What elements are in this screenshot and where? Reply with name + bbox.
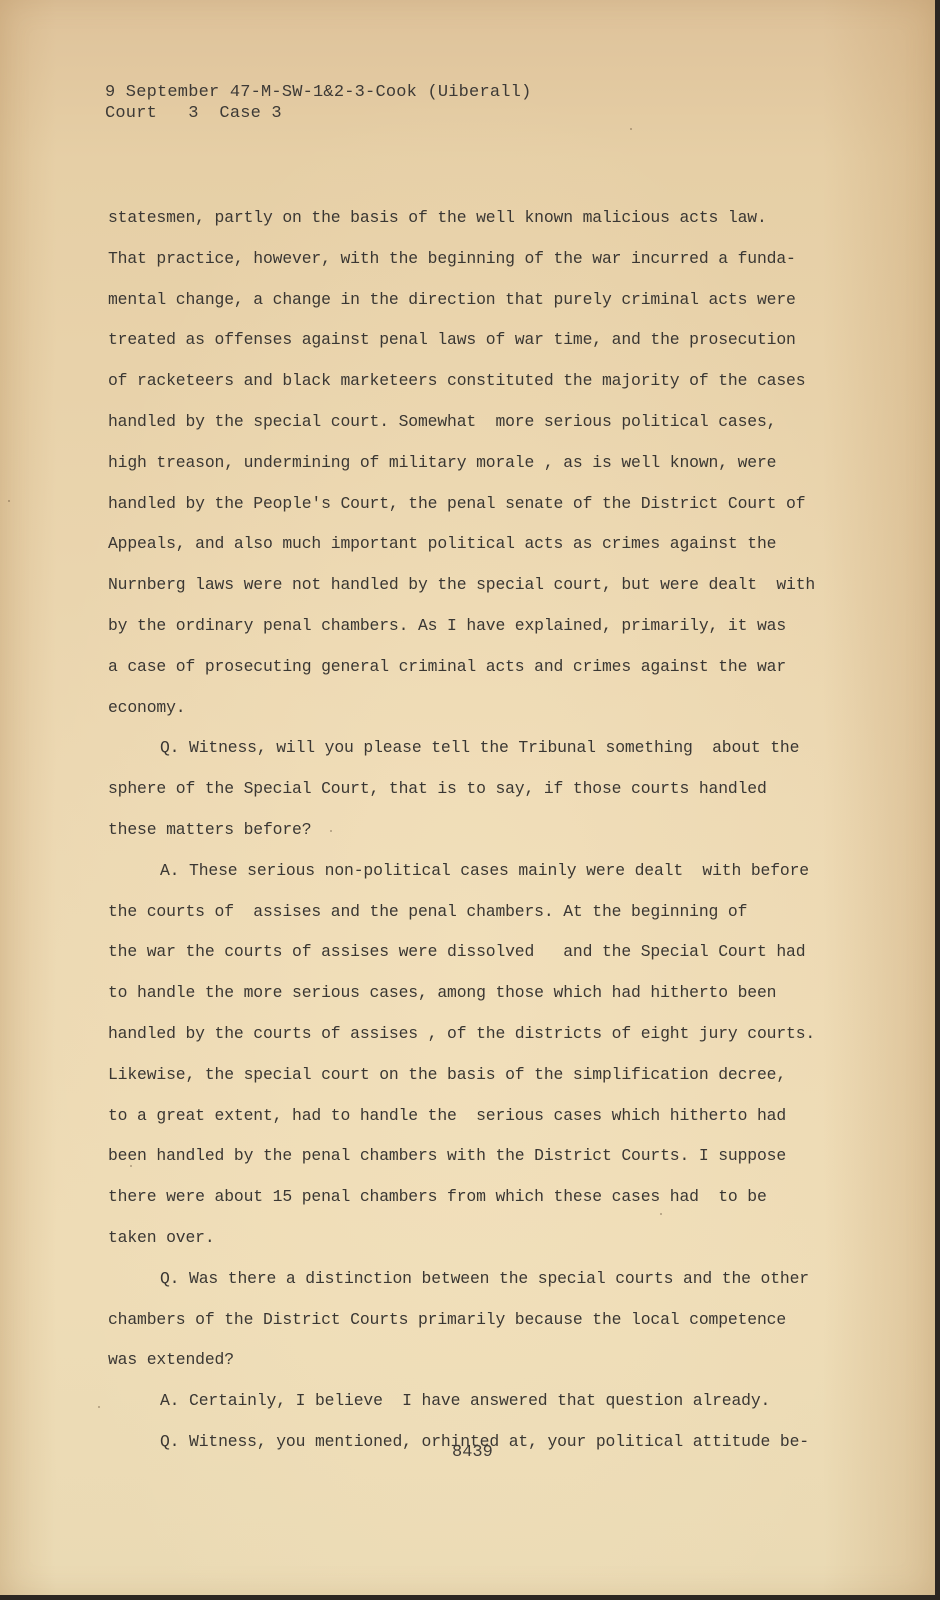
question-line: Q. Witness, will you please tell the Tri… [108,728,868,769]
transcript-line: the courts of assises and the penal cham… [108,892,868,933]
paper-speck [98,1406,100,1408]
transcript-line: handled by the People's Court, the penal… [108,484,868,525]
transcript-line: sphere of the Special Court, that is to … [108,769,868,810]
transcript-line: economy. [108,688,868,729]
transcript-line: mental change, a change in the direction… [108,280,868,321]
transcript-line: to handle the more serious cases, among … [108,973,868,1014]
transcript-line: the war the courts of assises were disso… [108,932,868,973]
transcript-line: Appeals, and also much important politic… [108,524,868,565]
transcript-line: handled by the special court. Somewhat m… [108,402,868,443]
header-court-case: Court 3 Case 3 [105,103,531,124]
answer-line: A. These serious non-political cases mai… [108,851,868,892]
paper-speck [660,1213,662,1215]
answer-line: A. Certainly, I believe I have answered … [108,1381,868,1422]
transcript-line: of racketeers and black marketeers const… [108,361,868,402]
transcript-line: been handled by the penal chambers with … [108,1136,868,1177]
paper-speck [330,830,332,832]
paper-speck [630,128,632,130]
document-header: 9 September 47-M-SW-1&2-3-Cook (Uiberall… [105,82,531,124]
transcript-line: was extended? [108,1340,868,1381]
transcript-line: chambers of the District Courts primaril… [108,1300,868,1341]
paper-speck [130,1165,132,1167]
transcript-body: statesmen, partly on the basis of the we… [108,198,868,1463]
transcript-line: That practice, however, with the beginni… [108,239,868,280]
transcript-line: high treason, undermining of military mo… [108,443,868,484]
transcript-line: treated as offenses against penal laws o… [108,320,868,361]
transcript-line: taken over. [108,1218,868,1259]
document-page: 9 September 47-M-SW-1&2-3-Cook (Uiberall… [0,0,935,1595]
question-line: Q. Was there a distinction between the s… [108,1259,868,1300]
page-number: 8439 [452,1443,493,1462]
transcript-line: Likewise, the special court on the basis… [108,1055,868,1096]
transcript-line: statesmen, partly on the basis of the we… [108,198,868,239]
paper-speck [8,500,10,502]
transcript-line: to a great extent, had to handle the ser… [108,1096,868,1137]
transcript-line: handled by the courts of assises , of th… [108,1014,868,1055]
transcript-line: these matters before? [108,810,868,851]
transcript-line: a case of prosecuting general criminal a… [108,647,868,688]
transcript-line: there were about 15 penal chambers from … [108,1177,868,1218]
transcript-line: Nurnberg laws were not handled by the sp… [108,565,868,606]
transcript-line: by the ordinary penal chambers. As I hav… [108,606,868,647]
header-date-reference: 9 September 47-M-SW-1&2-3-Cook (Uiberall… [105,82,531,103]
